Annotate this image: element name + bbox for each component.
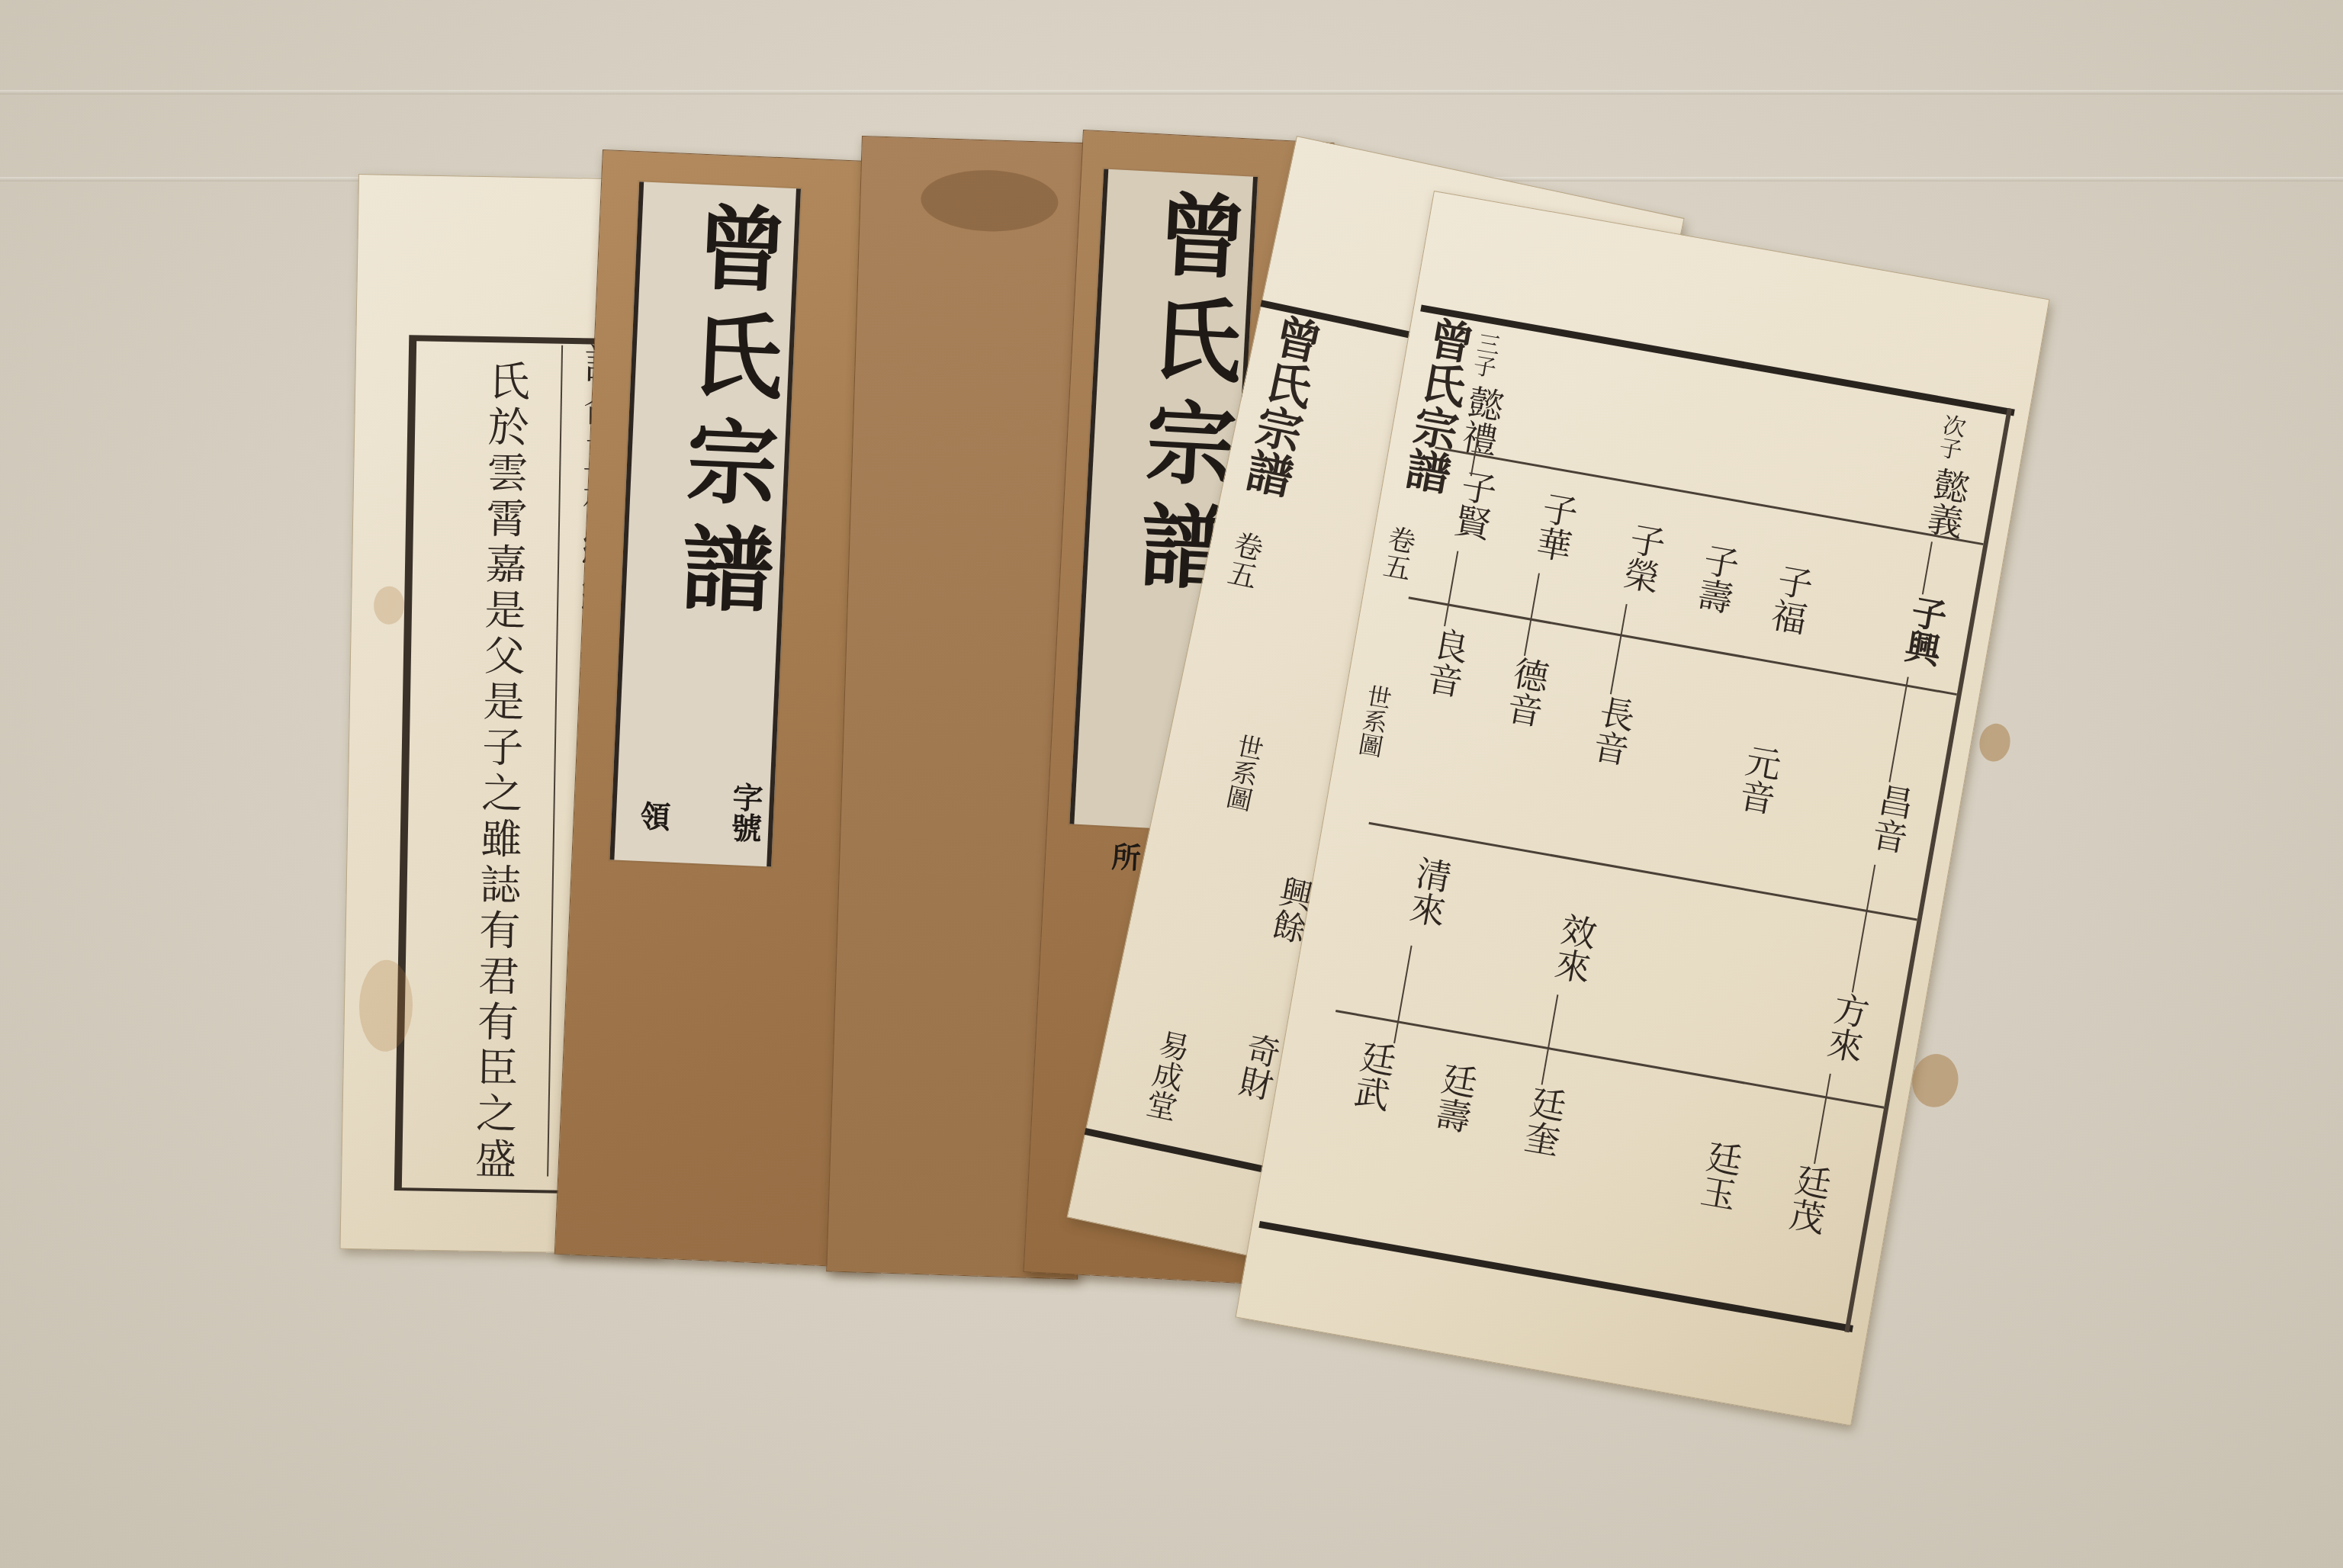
title-slip: 曾氏宗譜 字號 領 [609,182,801,866]
slip-mark-right: 字號 [722,781,768,843]
cloth-fold [0,90,2343,95]
slip-mark-left: 領 [631,800,676,832]
stain [1976,721,2013,764]
photo-scene: 氏於雲霄嘉是父是子之雖誌有君有臣之盛 誥命三禮絲紛正藉寅清於夙夜九原玉映 曾氏宗… [0,0,2343,1568]
slip-mark: 所 [1102,841,1146,872]
title-text: 曾氏宗譜 [652,198,802,631]
stain [1908,1050,1962,1110]
